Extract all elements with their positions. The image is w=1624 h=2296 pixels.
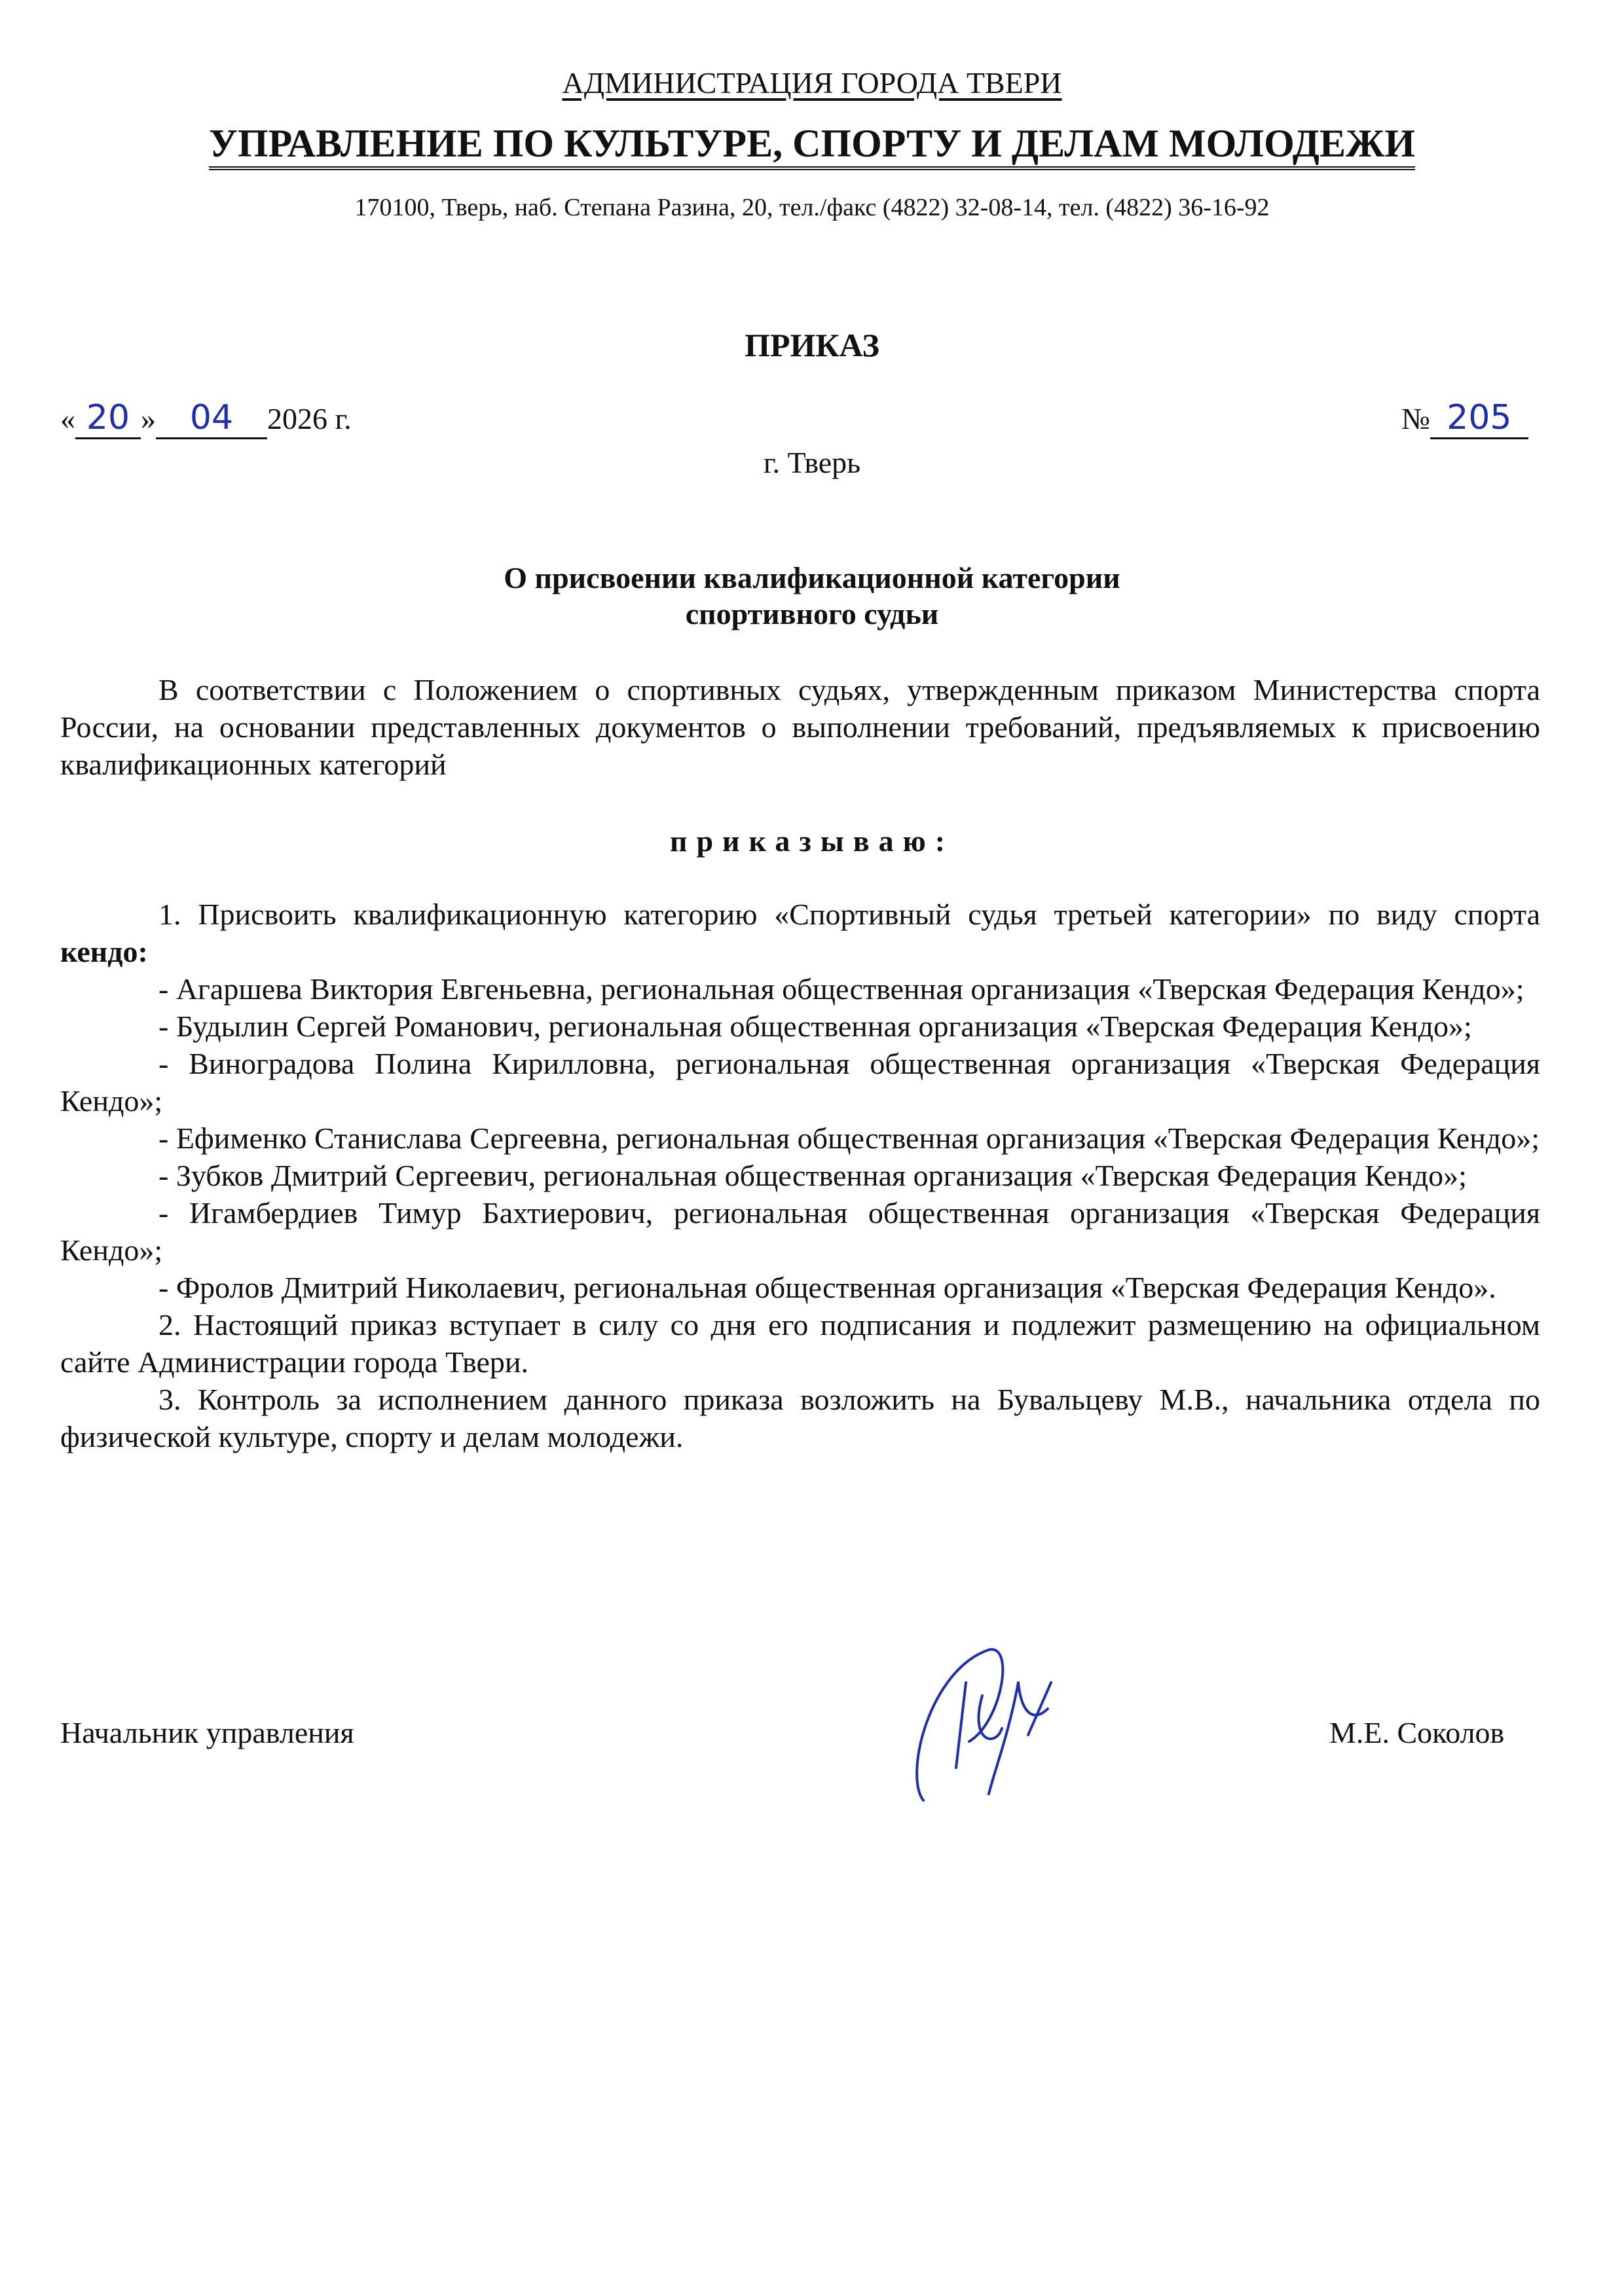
date-year: 2026 г. xyxy=(267,402,352,435)
person-item: - Агаршева Виктория Евгеньевна, регионал… xyxy=(60,970,1540,1008)
signer-name: М.Е. Соколов xyxy=(1329,1715,1504,1750)
order-date: «20»042026 г. xyxy=(60,398,352,439)
item-2: 2. Настоящий приказ вступает в силу со д… xyxy=(60,1306,1540,1381)
signer-position: Начальник управления xyxy=(60,1715,354,1750)
person-item: - Ефименко Станислава Сергеевна, региона… xyxy=(60,1120,1540,1157)
item-1: 1. Присвоить квалификационную категорию … xyxy=(60,896,1540,970)
handwritten-signature-icon xyxy=(904,1643,1113,1813)
address-line: 170100, Тверь, наб. Степана Разина, 20, … xyxy=(0,193,1624,222)
order-items: 1. Присвоить квалификационную категорию … xyxy=(60,896,1540,1455)
person-item: - Зубков Дмитрий Сергеевич, региональная… xyxy=(60,1157,1540,1194)
order-subject: О присвоении квалификационной категории … xyxy=(0,560,1624,632)
item-3: 3. Контроль за исполнением данного прика… xyxy=(60,1381,1540,1455)
city: г. Тверь xyxy=(0,445,1624,480)
document-type: ПРИКАЗ xyxy=(0,326,1624,364)
order-number: №205 xyxy=(1401,398,1528,439)
date-month: 04 xyxy=(156,398,267,439)
order-number-value: 205 xyxy=(1430,398,1528,439)
person-item: - Фролов Дмитрий Николаевич, региональна… xyxy=(60,1269,1540,1306)
department-title: УПРАВЛЕНИЕ ПО КУЛЬТУРЕ, СПОРТУ И ДЕЛАМ М… xyxy=(0,121,1624,166)
preamble: В соответствии с Положением о спортивных… xyxy=(60,671,1540,783)
person-item: - Игамбердиев Тимур Бахтиерович, региона… xyxy=(60,1194,1540,1269)
order-word: приказываю: xyxy=(0,824,1624,858)
person-item: - Будылин Сергей Романович, региональная… xyxy=(60,1008,1540,1045)
person-item: - Виноградова Полина Кирилловна, региона… xyxy=(60,1045,1540,1120)
date-day: 20 xyxy=(75,398,141,439)
administration-title: АДМИНИСТРАЦИЯ ГОРОДА ТВЕРИ xyxy=(0,65,1624,100)
